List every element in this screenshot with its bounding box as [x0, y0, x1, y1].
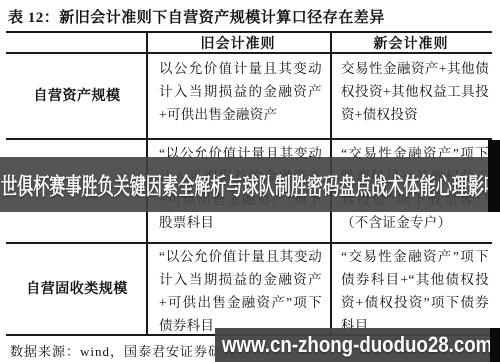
overlay-headline-text: 世俱杯赛事胜负关键因素全解析与球队制胜密码盘点战术体能心理影响 — [1, 168, 500, 201]
screenshot-root: 表 12：新旧会计准则下自营资产规模计算口径存在差异 旧会计准则 新会计准则 自… — [0, 0, 500, 362]
row-label-fixed-income: 自营固收类规模 — [8, 242, 146, 334]
data-source-note: 数据来源：wind，国泰君安证券研究 — [10, 341, 236, 360]
column-header-old-standard: 旧会计准则 — [148, 33, 328, 52]
table-title: 表 12：新旧会计准则下自营资产规模计算口径存在差异 — [8, 6, 494, 27]
banner-right-black-cap — [488, 140, 500, 212]
overlay-watermark: www.cn-zhong-duoduo28.com — [215, 328, 500, 362]
watermark-right-black-cap — [490, 328, 500, 362]
column-header-new-standard: 新会计准则 — [332, 33, 490, 52]
cell-row3-old-standard: “以公允价值计量且其变动计入当期损益的金融资产+可供出售金融资产”项下债券科目 — [159, 246, 322, 338]
overlay-headline-banner: 世俱杯赛事胜负关键因素全解析与球队制胜密码盘点战术体能心理影响 — [0, 157, 500, 212]
cell-row1-old-standard: 以公允价值计量且其变动计入当期损益的金融资产+可供出售金融资产 — [159, 58, 322, 127]
cell-row3-new-standard: “交易性金融资产”项下债券科目+“其他债权投资+债权投资”项下债券科目 — [341, 246, 489, 338]
cell-row1-new-standard: 交易性金融资产+其他债权投资+其他权益工具投资+债权投资 — [341, 58, 489, 127]
watermark-url-text: www.cn-zhong-duoduo28.com — [222, 332, 492, 358]
row-label-proprietary-assets: 自营资产规模 — [8, 52, 146, 138]
